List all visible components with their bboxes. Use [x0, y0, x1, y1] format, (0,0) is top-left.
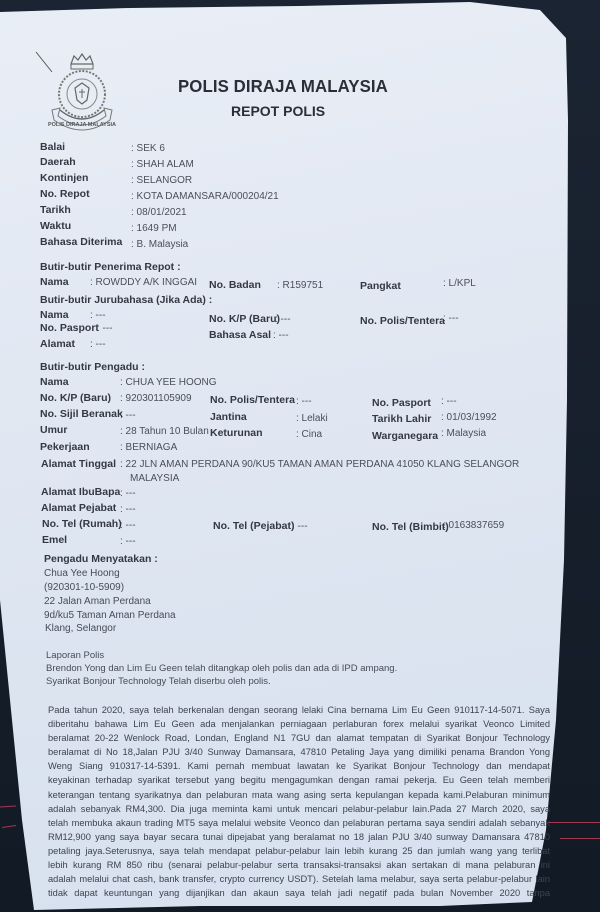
- statement-address-line: 22 Jalan Aman Perdana: [44, 594, 151, 609]
- section-title-interpreter: Butir-butir Jurubahasa (Jika Ada) :: [40, 294, 212, 306]
- complainant-gender-label: Jantina: [210, 411, 247, 423]
- interpreter-ic-label: No. K/P (Baru): [209, 313, 280, 325]
- complainant-name-label: Nama: [40, 376, 69, 388]
- interpreter-language-label: Bahasa Asal: [209, 329, 271, 341]
- complainant-dob-label: Tarikh Lahir: [372, 413, 431, 425]
- paragraph-line: adalah melalui chat cash, bank transfer,…: [48, 872, 550, 886]
- paragraph-line: petaling jaya.Seterusnya, saya telah men…: [48, 844, 550, 858]
- section-title-receiver: Butir-butir Penerima Repot :: [40, 261, 181, 273]
- paragraph-line: beralamat 20-22 Wenlock Road, Londan, En…: [48, 731, 550, 745]
- complainant-birth-cert-label: No. Sijil Beranak: [40, 408, 123, 420]
- complainant-police-no-value: : ---: [296, 396, 312, 407]
- paragraph-line: keyakinan terhadap syarikat tersebut yan…: [48, 773, 550, 787]
- statement-address-line: Klang, Selangor: [45, 621, 116, 636]
- complainant-age-value: : 28 Tahun 10 Bulan: [120, 426, 209, 437]
- complainant-occupation-value: : BERNIAGA: [120, 442, 177, 453]
- complainant-dob-value: : 01/03/1992: [441, 412, 497, 423]
- paragraph-line: diberitahu bahawa Lim Eu Geen ada menjal…: [48, 717, 550, 731]
- complainant-home-tel-value: : ---: [120, 520, 136, 531]
- paragraph-line: beralamat di No 18,Jalan PJU 3/40 Sunway…: [48, 745, 550, 759]
- statement-address-line: (920301-10-5909): [44, 580, 124, 595]
- complainant-office-address-label: Alamat Pejabat: [41, 502, 116, 514]
- statement-paragraph: Pada tahun 2020, saya telah berkenalan d…: [48, 703, 550, 900]
- paragraph-line: adalah sebanyak RM4,300. Dia juga memint…: [48, 802, 550, 816]
- organization-title: POLIS DIRAJA MALAYSIA: [178, 76, 388, 97]
- paragraph-line: Weng Siang 910317-14-5391. Kami pernah m…: [48, 759, 550, 773]
- complainant-name-value: : CHUA YEE HOONG: [120, 377, 217, 388]
- complainant-home-address-line2: MALAYSIA: [130, 473, 179, 484]
- receiver-name-label: Nama: [40, 276, 69, 288]
- section-title-complainant: Butir-butir Pengadu :: [40, 361, 145, 373]
- complainant-parent-address-label: Alamat IbuBapa: [41, 486, 120, 498]
- field-value-balai: : SEK 6: [131, 143, 165, 154]
- police-report-document: POLIS DIRAJA MALAYSIA POLIS DIRAJA MALAY…: [0, 0, 600, 912]
- interpreter-name-value: : ---: [90, 310, 106, 321]
- interpreter-ic-value: : ---: [275, 314, 291, 325]
- interpreter-name-label: Nama: [40, 309, 69, 321]
- complainant-race-value: : Cina: [296, 429, 322, 440]
- paragraph-line: Pada tahun 2020, saya telah berkenalan d…: [48, 703, 550, 717]
- field-value-kontinjen: : SELANGOR: [131, 175, 192, 186]
- interpreter-police-no-value: : ---: [443, 313, 459, 324]
- paragraph-line: keterangan tentang syarikatnya dan pelab…: [48, 788, 550, 802]
- complainant-occupation-label: Pekerjaan: [40, 441, 90, 453]
- field-value-no-repot: : KOTA DAMANSARA/000204/21: [131, 191, 279, 202]
- receiver-rank-label: Pangkat: [360, 280, 401, 292]
- interpreter-language-value: : ---: [273, 330, 289, 341]
- field-label-waktu: Waktu: [40, 220, 71, 232]
- document-title: REPOT POLIS: [231, 103, 325, 119]
- complainant-office-address-value: : ---: [120, 504, 136, 515]
- complainant-email-label: Emel: [42, 534, 67, 546]
- complainant-passport-value: : ---: [441, 396, 457, 407]
- complainant-age-label: Umur: [40, 424, 67, 436]
- receiver-badge-label: No. Badan: [209, 279, 261, 291]
- interpreter-passport-label: No. Pasport: [40, 322, 99, 334]
- complainant-home-tel-label: No. Tel (Rumah): [42, 518, 122, 530]
- field-value-waktu: : 1649 PM: [131, 223, 177, 234]
- paragraph-line: lebih kurang RM 850 ribu (senarai pelabu…: [48, 858, 550, 872]
- field-value-tarikh: : 08/01/2021: [131, 207, 187, 218]
- paragraph-line: telah membuka akaun trading MT5 saya mel…: [48, 816, 550, 830]
- field-label-balai: Balai: [40, 141, 65, 153]
- complainant-race-label: Keturunan: [210, 427, 263, 439]
- statement-intro-line: Syarikat Bonjour Technology Telah diserb…: [46, 674, 271, 689]
- field-value-bahasa-diterima: : B. Malaysia: [131, 239, 188, 250]
- field-label-no-repot: No. Repot: [40, 188, 90, 200]
- complainant-parent-address-value: : ---: [120, 488, 136, 499]
- complainant-office-tel-label: No. Tel (Pejabat): [213, 520, 294, 532]
- paragraph-line: tidak dapat keuntungan yang dijanjikan d…: [48, 886, 550, 900]
- complainant-home-address-label: Alamat Tinggal: [41, 458, 116, 470]
- paragraph-line: RM12,900 yang saya bayar secara tunai di…: [48, 830, 550, 844]
- interpreter-address-label: Alamat: [40, 338, 75, 350]
- complainant-office-tel-value: : ---: [292, 521, 308, 532]
- interpreter-address-value: : ---: [90, 339, 106, 350]
- complainant-police-no-label: No. Polis/Tentera: [210, 394, 295, 406]
- complainant-citizenship-label: Warganegara: [372, 430, 438, 442]
- field-label-bahasa-diterima: Bahasa Diterima: [40, 236, 122, 248]
- receiver-name-value: : ROWDDY A/K INGGAI: [90, 277, 197, 288]
- receiver-rank-value: : L/KPL: [443, 278, 476, 289]
- complainant-ic-value: : 920301105909: [120, 393, 192, 404]
- complainant-gender-value: : Lelaki: [296, 413, 328, 424]
- section-title-statement: Pengadu Menyatakan :: [44, 553, 158, 565]
- field-label-tarikh: Tarikh: [40, 204, 71, 216]
- field-value-daerah: : SHAH ALAM: [131, 159, 194, 170]
- interpreter-police-no-label: No. Polis/Tentera: [360, 315, 445, 327]
- pdrm-crest-icon: POLIS DIRAJA MALAYSIA: [30, 50, 130, 132]
- field-label-daerah: Daerah: [40, 156, 76, 168]
- svg-text:POLIS DIRAJA MALAYSIA: POLIS DIRAJA MALAYSIA: [48, 122, 116, 128]
- complainant-home-address-line1: : 22 JLN AMAN PERDANA 90/KU5 TAMAN AMAN …: [120, 459, 519, 470]
- complainant-mobile-value: : 0163837659: [443, 520, 504, 531]
- complainant-email-value: : ---: [120, 536, 136, 547]
- complainant-mobile-label: No. Tel (Bimbit): [372, 521, 449, 533]
- complainant-birth-cert-value: : ---: [120, 410, 136, 421]
- complainant-passport-label: No. Pasport: [372, 397, 431, 409]
- interpreter-passport-value: : ---: [97, 323, 113, 334]
- receiver-badge-value: : R159751: [277, 280, 323, 291]
- complainant-citizenship-value: : Malaysia: [441, 428, 486, 439]
- complainant-ic-label: No. K/P (Baru): [40, 392, 111, 404]
- field-label-kontinjen: Kontinjen: [40, 172, 88, 184]
- statement-address-line: Chua Yee Hoong: [44, 566, 120, 581]
